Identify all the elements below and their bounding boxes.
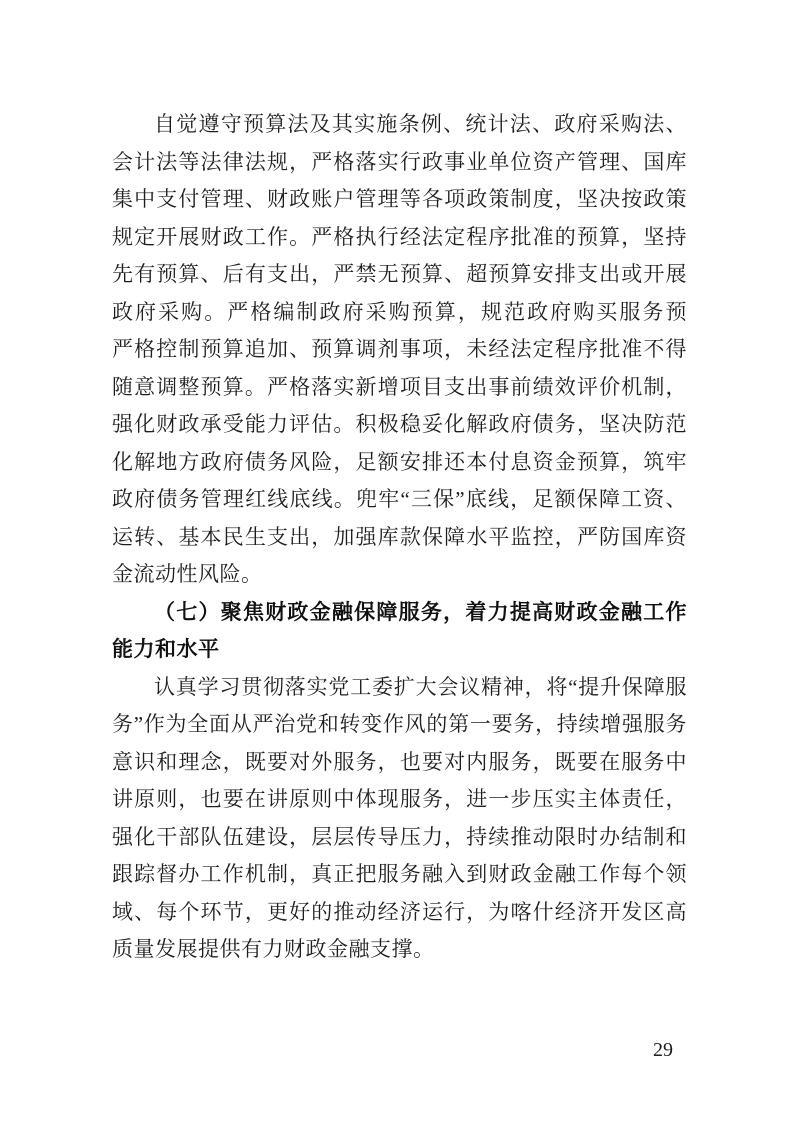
paragraph-line: 运转、基本民生支出，加强库款保障水平监控，严防国库资 bbox=[112, 519, 687, 557]
paragraph-line: 认真学习贯彻落实党工委扩大会议精神，将“提升保障服 bbox=[112, 669, 687, 707]
paragraph-line: 金流动性风险。 bbox=[112, 556, 687, 594]
section-heading-line: 能力和水平 bbox=[112, 631, 687, 669]
paragraph-line: 化解地方政府债务风险，足额安排还本付息资金预算，筑牢 bbox=[112, 444, 687, 482]
paragraph-line: 集中支付管理、财政账户管理等各项政策制度，坚决按政策 bbox=[112, 181, 687, 219]
paragraph-line: 质量发展提供有力财政金融支撑。 bbox=[112, 931, 687, 969]
page-number: 29 bbox=[643, 1038, 683, 1062]
paragraph-line: 政府债务管理红线底线。兜牢“三保”底线，足额保障工资、 bbox=[112, 481, 687, 519]
paragraph-line: 先有预算、后有支出，严禁无预算、超预算安排支出或开展 bbox=[112, 256, 687, 294]
paragraph-line: 规定开展财政工作。严格执行经法定程序批准的预算，坚持 bbox=[112, 219, 687, 257]
paragraph-line: 随意调整预算。严格落实新增项目支出事前绩效评价机制， bbox=[112, 369, 687, 407]
paragraph-line: 强化财政承受能力评估。积极稳妥化解政府债务，坚决防范 bbox=[112, 406, 687, 444]
paragraph-line: 自觉遵守预算法及其实施条例、统计法、政府采购法、 bbox=[112, 106, 687, 144]
paragraph-line: 讲原则，也要在讲原则中体现服务，进一步压实主体责任， bbox=[112, 781, 687, 819]
paragraph-line: 强化干部队伍建设，层层传导压力，持续推动限时办结制和 bbox=[112, 819, 687, 857]
document-text-block: 自觉遵守预算法及其实施条例、统计法、政府采购法、 会计法等法律法规，严格落实行政… bbox=[112, 106, 687, 969]
document-page: 自觉遵守预算法及其实施条例、统计法、政府采购法、 会计法等法律法规，严格落实行政… bbox=[0, 0, 793, 1122]
paragraph-line: 政府采购。严格编制政府采购预算，规范政府购买服务预算。 bbox=[112, 294, 687, 332]
section-heading-line: （七）聚焦财政金融保障服务，着力提高财政金融工作 bbox=[112, 594, 687, 632]
paragraph-line: 意识和理念，既要对外服务，也要对内服务，既要在服务中 bbox=[112, 744, 687, 782]
paragraph-line: 会计法等法律法规，严格落实行政事业单位资产管理、国库 bbox=[112, 144, 687, 182]
paragraph-line: 跟踪督办工作机制，真正把服务融入到财政金融工作每个领 bbox=[112, 856, 687, 894]
paragraph-line: 严格控制预算追加、预算调剂事项，未经法定程序批准不得 bbox=[112, 331, 687, 369]
paragraph-line: 务”作为全面从严治党和转变作风的第一要务，持续增强服务 bbox=[112, 706, 687, 744]
paragraph-line: 域、每个环节，更好的推动经济运行，为喀什经济开发区高 bbox=[112, 894, 687, 932]
